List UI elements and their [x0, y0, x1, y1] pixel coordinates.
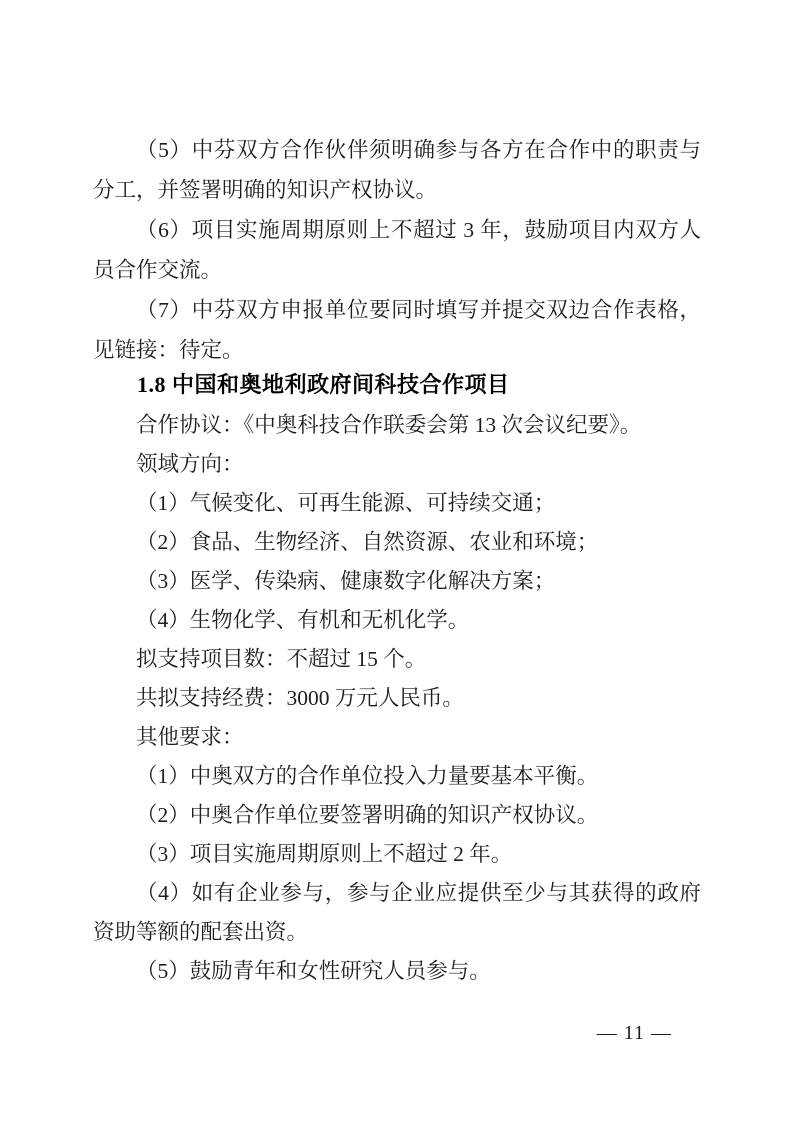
other-requirement-5: （5）鼓励青年和女性研究人员参与。	[93, 952, 701, 991]
requirement-item-7: （7）中芬双方申报单位要同时填写并提交双边合作表格，见链接：待定。	[93, 290, 701, 370]
field-item-4: （4）生物化学、有机和无机化学。	[93, 601, 701, 640]
other-requirement-2: （2）中奥合作单位要签署明确的知识产权协议。	[93, 796, 701, 835]
requirement-item-5: （5）中芬双方合作伙伴须明确参与各方在合作中的职责与分工，并签署明确的知识产权协…	[93, 130, 701, 210]
finland-requirements-section: （5）中芬双方合作伙伴须明确参与各方在合作中的职责与分工，并签署明确的知识产权协…	[93, 130, 701, 370]
other-requirement-1: （1）中奥双方的合作单位投入力量要基本平衡。	[93, 757, 701, 796]
other-requirement-4: （4）如有企业参与，参与企业应提供至少与其获得的政府资助等额的配套出资。	[93, 874, 701, 952]
cooperation-agreement-line: 合作协议：《中奥科技合作联委会第 13 次会议纪要》。	[93, 406, 701, 445]
field-directions-label: 领域方向：	[93, 445, 701, 484]
other-requirements-label: 其他要求：	[93, 718, 701, 757]
field-item-3: （3）医学、传染病、健康数字化解决方案；	[93, 562, 701, 601]
field-item-1: （1）气候变化、可再生能源、可持续交通；	[93, 484, 701, 523]
document-page: （5）中芬双方合作伙伴须明确参与各方在合作中的职责与分工，并签署明确的知识产权协…	[0, 0, 794, 1123]
project-count-line: 拟支持项目数：不超过 15 个。	[93, 640, 701, 679]
austria-section-body: 合作协议：《中奥科技合作联委会第 13 次会议纪要》。 领域方向： （1）气候变…	[93, 406, 701, 991]
funding-total-line: 共拟支持经费：3000 万元人民币。	[93, 679, 701, 718]
other-requirement-3: （3）项目实施周期原则上不超过 2 年。	[93, 835, 701, 874]
page-number: — 11 —	[500, 1022, 672, 1045]
requirement-item-6: （6）项目实施周期原则上不超过 3 年，鼓励项目内双方人员合作交流。	[93, 210, 701, 290]
section-heading-1-8: 1.8 中国和奥地利政府间科技合作项目	[93, 370, 701, 400]
field-item-2: （2）食品、生物经济、自然资源、农业和环境；	[93, 523, 701, 562]
